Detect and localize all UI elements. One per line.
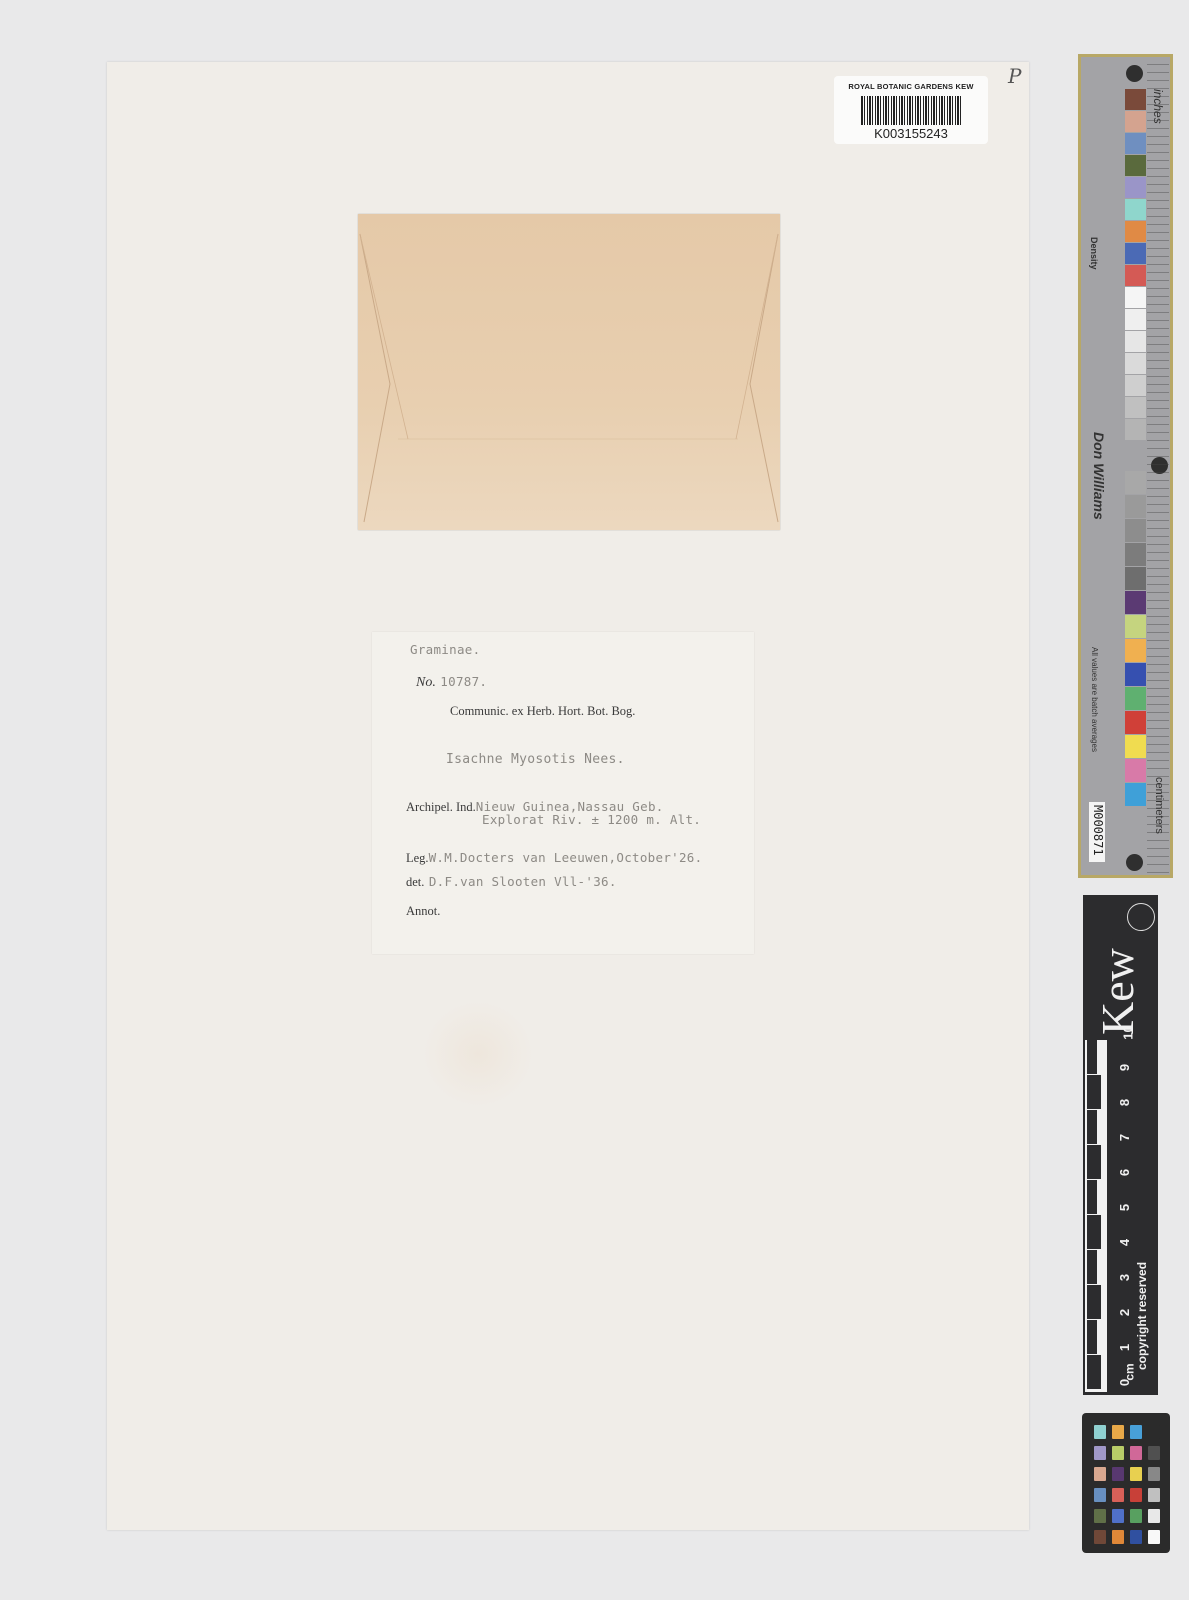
- color-swatch: [1125, 759, 1146, 782]
- barcode-label: ROYAL BOTANIC GARDENS KEW K003155243: [834, 76, 988, 144]
- color-patch: [1094, 1467, 1106, 1481]
- envelope-folds-icon: [358, 214, 780, 530]
- color-swatch: [1125, 397, 1146, 418]
- color-swatch: [1125, 735, 1146, 758]
- density-label: Density: [1089, 237, 1099, 270]
- scale-number: 9: [1117, 1064, 1132, 1071]
- color-swatch: [1125, 353, 1146, 374]
- color-patch: [1112, 1467, 1124, 1481]
- color-patch: [1130, 1509, 1142, 1523]
- color-swatch: [1125, 663, 1146, 686]
- barcode-icon: [861, 96, 961, 125]
- kew-scale-bar: Kew 012345678910 copyright reserved cm: [1083, 895, 1158, 1395]
- color-swatch: [1125, 133, 1146, 154]
- scale-number: 6: [1117, 1169, 1132, 1176]
- color-swatch: [1125, 639, 1146, 662]
- color-patch: [1148, 1488, 1160, 1502]
- color-swatch: [1125, 591, 1146, 614]
- scale-number: 10: [1121, 1025, 1136, 1039]
- color-swatch: [1125, 471, 1146, 494]
- color-swatch: [1125, 783, 1146, 806]
- color-swatch: [1125, 287, 1146, 308]
- color-patch: [1112, 1509, 1124, 1523]
- color-patch: [1148, 1446, 1160, 1460]
- color-patch: [1130, 1488, 1142, 1502]
- barcode-number: K003155243: [834, 126, 988, 141]
- scale-segment: [1087, 1215, 1101, 1249]
- color-swatch: [1125, 111, 1146, 132]
- annotation: Annot.: [406, 904, 440, 919]
- color-swatch: [1125, 89, 1146, 110]
- brand-name: Don Williams: [1091, 432, 1107, 520]
- color-patch: [1130, 1446, 1142, 1460]
- color-patch: [1130, 1530, 1142, 1544]
- color-density-ruler: inches centimeters Density Don Williams …: [1078, 54, 1173, 878]
- color-swatch: [1125, 177, 1146, 198]
- specimen-label: Graminae. No. 10787. Communic. ex Herb. …: [372, 632, 754, 954]
- scale-segment: [1087, 1040, 1097, 1074]
- color-swatch: [1125, 711, 1146, 734]
- ruler-ticks: [1147, 57, 1169, 875]
- color-patch: [1148, 1425, 1160, 1439]
- collector: Leg.W.M.Docters van Leeuwen,October'26.: [406, 849, 702, 867]
- color-swatch: [1125, 419, 1146, 440]
- scale-number: 8: [1117, 1099, 1132, 1106]
- scale-segment: [1087, 1110, 1097, 1144]
- cm-unit: cm: [1123, 1363, 1137, 1380]
- scale-number: 7: [1117, 1134, 1132, 1141]
- color-patch: [1130, 1467, 1142, 1481]
- color-swatch: [1125, 615, 1146, 638]
- scale-segment: [1087, 1285, 1101, 1319]
- hole-icon: [1126, 65, 1143, 82]
- scale-number: 1: [1117, 1344, 1132, 1351]
- scale-number: 3: [1117, 1274, 1132, 1281]
- ruler-id: M000871: [1091, 805, 1105, 856]
- family-name: Graminae.: [410, 642, 480, 657]
- scale-segment: [1087, 1145, 1101, 1179]
- crest-icon: [1127, 903, 1155, 931]
- fragment-envelope: [358, 214, 780, 530]
- determiner: det. D.F.van Slooten Vll-'36.: [406, 873, 617, 891]
- color-swatch: [1125, 495, 1146, 518]
- color-swatch: [1125, 331, 1146, 352]
- scale-number: 5: [1117, 1204, 1132, 1211]
- color-patch: [1112, 1446, 1124, 1460]
- color-patch: [1094, 1425, 1106, 1439]
- color-patch: [1112, 1530, 1124, 1544]
- color-swatch: [1125, 687, 1146, 710]
- color-swatch: [1125, 375, 1146, 396]
- color-swatch: [1125, 265, 1146, 286]
- pencil-mark: P: [1008, 64, 1021, 88]
- units-centimeters: centimeters: [1153, 777, 1165, 834]
- color-patch: [1112, 1425, 1124, 1439]
- color-swatch: [1125, 199, 1146, 220]
- color-patch: [1112, 1488, 1124, 1502]
- scale-segment: [1087, 1320, 1097, 1354]
- scale-number: 2: [1117, 1309, 1132, 1316]
- color-patch: [1130, 1425, 1142, 1439]
- color-swatch: [1125, 309, 1146, 330]
- stain-mark: [422, 1000, 534, 1108]
- color-swatch: [1125, 221, 1146, 242]
- hole-icon: [1126, 854, 1143, 871]
- color-swatch: [1125, 567, 1146, 590]
- collection-number: No. 10787.: [416, 673, 487, 691]
- locality-line-2: Explorat Riv. ± 1200 m. Alt.: [482, 812, 701, 827]
- scale-segment: [1087, 1355, 1101, 1389]
- communic-line: Communic. ex Herb. Hort. Bot. Bog.: [450, 704, 635, 719]
- color-patch: [1148, 1509, 1160, 1523]
- scale-segment: [1087, 1250, 1097, 1284]
- values-note: All values are batch averages: [1090, 647, 1099, 752]
- color-swatch: [1125, 155, 1146, 176]
- color-swatch: [1125, 243, 1146, 264]
- color-checker-card: [1082, 1413, 1170, 1553]
- color-patch: [1094, 1509, 1106, 1523]
- color-patch: [1148, 1467, 1160, 1481]
- scale-segment: [1087, 1180, 1097, 1214]
- color-patch: [1094, 1446, 1106, 1460]
- scale-segment: [1087, 1075, 1101, 1109]
- color-swatch: [1125, 519, 1146, 542]
- color-patch: [1094, 1530, 1106, 1544]
- units-inches: inches: [1151, 89, 1165, 124]
- taxon-name: Isachne Myosotis Nees.: [446, 752, 625, 767]
- color-swatch: [1125, 543, 1146, 566]
- institution-name: ROYAL BOTANIC GARDENS KEW: [834, 82, 988, 91]
- color-patch: [1148, 1530, 1160, 1544]
- cm-scale: [1085, 1040, 1107, 1392]
- color-patch: [1094, 1488, 1106, 1502]
- scale-number: 4: [1117, 1239, 1132, 1246]
